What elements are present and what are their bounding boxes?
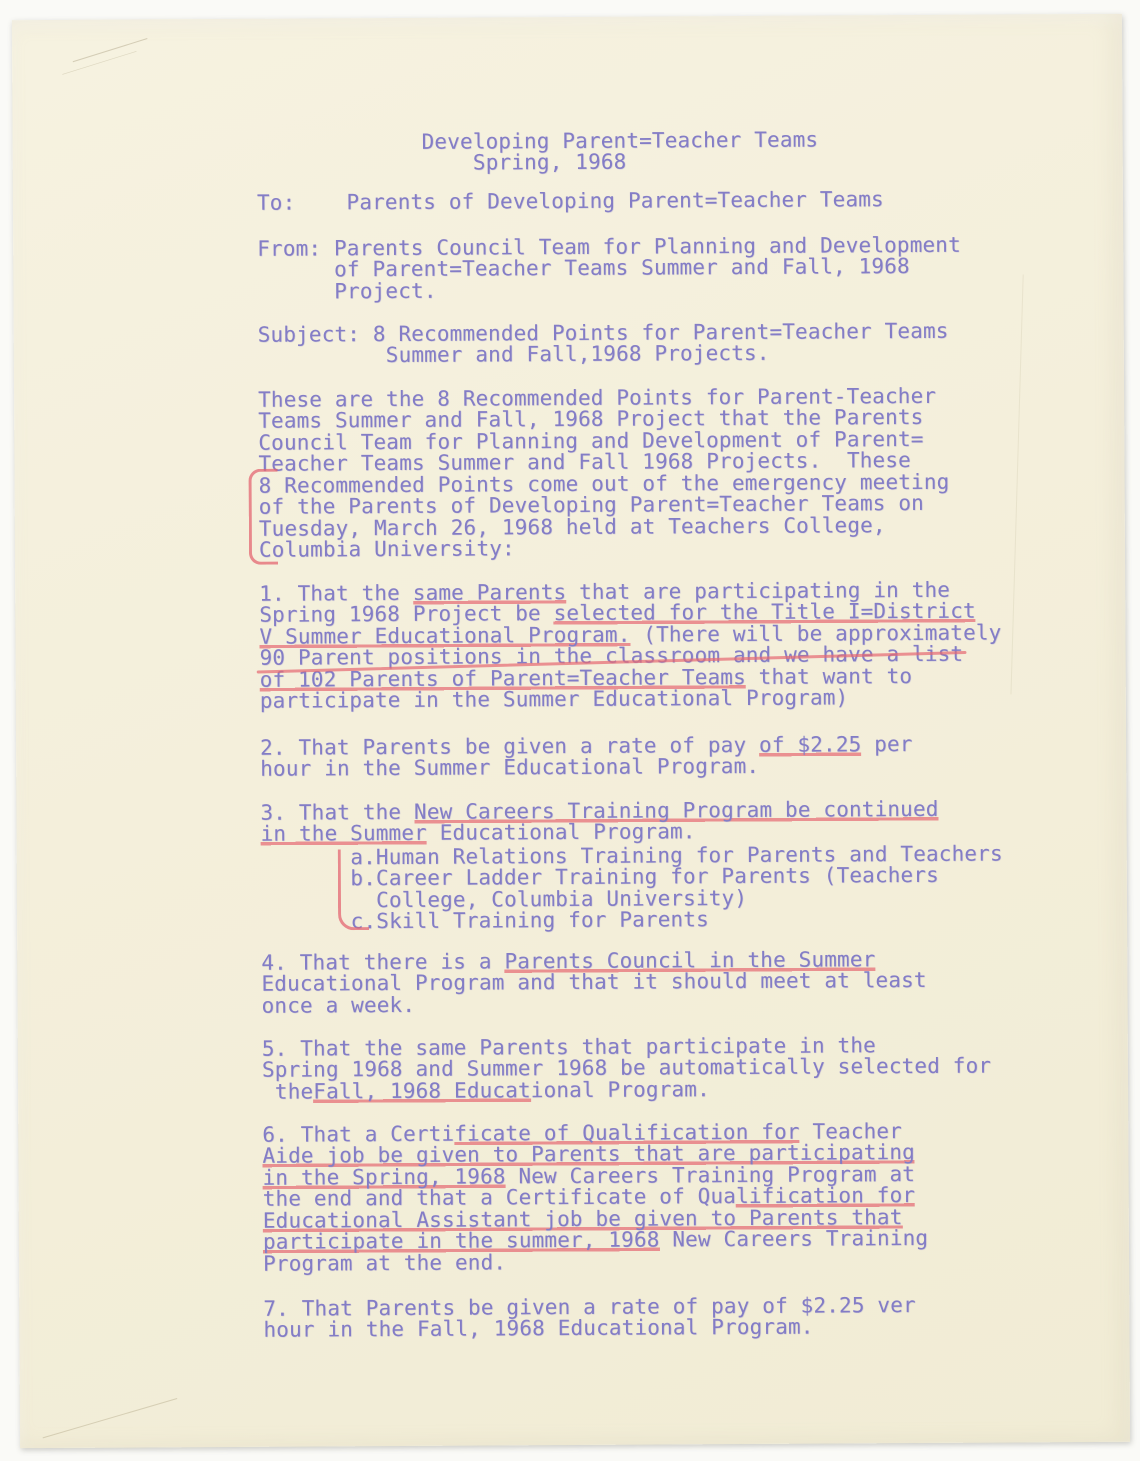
point-3-sublist: a.Human Relations Training for Parents a… [261, 844, 1003, 934]
point-6: 6. That a Certificate of Qualification f… [262, 1121, 928, 1275]
point-4: 4. That there is a Parents Council in th… [261, 949, 927, 1017]
memo-title: Developing Parent=Teacher Teams Spring, … [422, 130, 819, 175]
point-1: 1. That the same Parents that are partic… [259, 580, 1002, 713]
intro-paragraph: These are the 8 Recommended Points for P… [258, 386, 950, 561]
memo-from-line: From: Parents Council Team for Planning … [257, 235, 961, 303]
paper-sheet: Developing Parent=Teacher Teams Spring, … [12, 14, 1130, 1448]
point-7: 7. That Parents be given a rate of pay o… [263, 1295, 916, 1342]
memo-subject-line: Subject: 8 Recommended Points for Parent… [258, 321, 949, 368]
photo-background: Developing Parent=Teacher Teams Spring, … [0, 0, 1140, 1461]
point-2: 2. That Parents be given a rate of pay o… [260, 734, 913, 781]
memo-content: Developing Parent=Teacher Teams Spring, … [12, 14, 1130, 1448]
point-5: 5. That the same Parents that participat… [262, 1035, 992, 1104]
point-3: 3. That the New Careers Training Program… [260, 799, 938, 846]
memo-to-line: To: Parents of Developing Parent=Teacher… [257, 189, 884, 214]
